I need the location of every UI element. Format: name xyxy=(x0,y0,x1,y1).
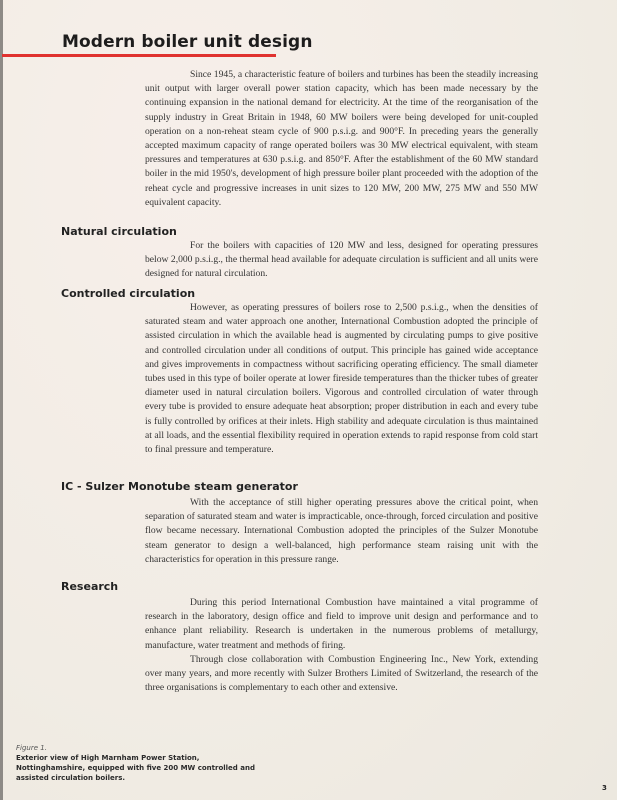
title-underline-rule xyxy=(2,54,276,57)
heading-controlled-circulation: Controlled circulation xyxy=(61,287,195,300)
heading-research: Research xyxy=(61,580,118,593)
section-research: During this period International Combust… xyxy=(145,596,538,695)
section-natural-circulation: For the boilers with capacities of 120 M… xyxy=(145,239,538,282)
heading-ic-sulzer-monotube: IC - Sulzer Monotube steam generator xyxy=(61,480,298,493)
paragraph: With the acceptance of still higher oper… xyxy=(145,496,538,567)
paragraph: Through close collaboration with Combust… xyxy=(145,653,538,696)
paragraph: However, as operating pressures of boile… xyxy=(145,301,538,457)
page-binding-edge xyxy=(0,0,3,800)
heading-natural-circulation: Natural circulation xyxy=(61,225,177,238)
figure-label: Figure 1. xyxy=(16,743,256,753)
paragraph: During this period International Combust… xyxy=(145,596,538,653)
page-title: Modern boiler unit design xyxy=(62,32,313,52)
section-ic-sulzer-monotube: With the acceptance of still higher oper… xyxy=(145,496,538,567)
paragraph: For the boilers with capacities of 120 M… xyxy=(145,239,538,282)
section-intro: Since 1945, a characteristic feature of … xyxy=(145,68,538,210)
paragraph: Since 1945, a characteristic feature of … xyxy=(145,68,538,210)
figure-caption: Figure 1. Exterior view of High Marnham … xyxy=(16,743,256,783)
section-controlled-circulation: However, as operating pressures of boile… xyxy=(145,301,538,457)
page-number: 3 xyxy=(602,784,607,792)
figure-caption-text: Exterior view of High Marnham Power Stat… xyxy=(16,753,256,783)
